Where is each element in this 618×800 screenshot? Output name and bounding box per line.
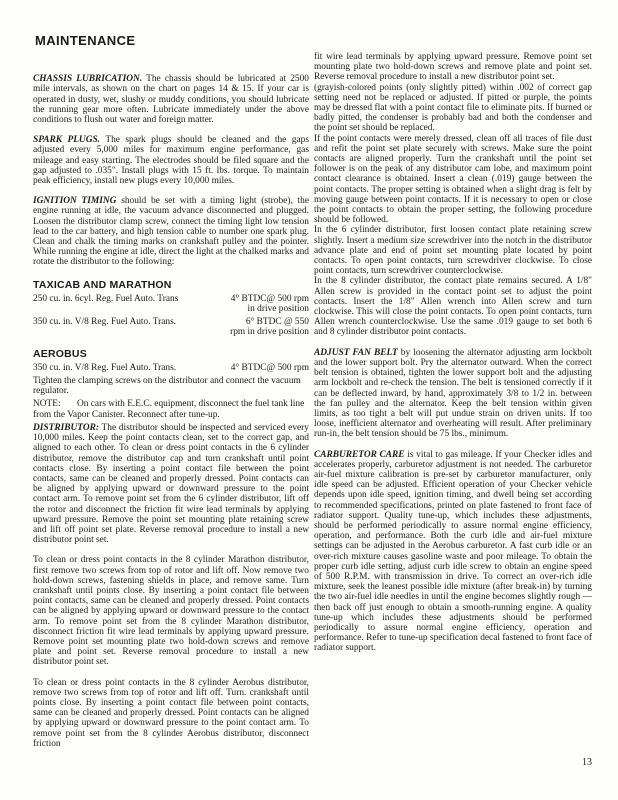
eight-cylinder-paragraph: In the 8 cylinder distributor, the conta… xyxy=(314,276,592,337)
chassis-lubrication-lead: CHASSIS LUBRICATION. xyxy=(33,74,142,84)
distributor-text: The distributor should be inspected and … xyxy=(33,423,309,545)
spec-value: 6° BTDC @ 550 rpm in drive position xyxy=(230,317,309,337)
adjust-fan-belt-text: by loosening the alternator adjusting ar… xyxy=(314,348,592,440)
aerobus-heading: AEROBUS xyxy=(33,349,309,359)
spec-label: 350 cu. in. V/8 Reg. Fuel Auto. Trans. xyxy=(33,363,176,373)
spec-row-350-aerobus: 350 cu. in. V/8 Reg. Fuel Auto. Trans. 4… xyxy=(33,363,309,373)
spark-plugs-paragraph: SPARK PLUGS. The spark plugs should be c… xyxy=(33,135,309,186)
page-title: MAINTENANCE xyxy=(35,36,309,46)
spec-value: 4° BTDC@ 500 rpm xyxy=(231,363,309,373)
note-lead: NOTE: xyxy=(33,399,61,409)
ignition-timing-lead: IGNITION TIMING xyxy=(33,196,116,206)
spec-label: 250 cu. in. 6cyl. Reg. Fuel Auto. Trans xyxy=(33,294,178,304)
dressed-contacts-paragraph: If the point contacts were merely dresse… xyxy=(314,134,592,226)
page-number: 13 xyxy=(582,757,592,768)
ignition-timing-text: should be set with a timing light (strob… xyxy=(33,196,309,267)
distributor-lead: DISTRIBUTOR: xyxy=(33,423,99,433)
marathon-8cyl-paragraph: To clean or dress point contacts in the … xyxy=(33,555,309,667)
chassis-lubrication-paragraph: CHASSIS LUBRICATION. The chassis should … xyxy=(33,74,309,125)
spec-value-line1: 4° BTDC@ 500 rpm xyxy=(231,294,309,304)
spark-plugs-lead: SPARK PLUGS. xyxy=(33,135,100,145)
right-column: fit wire lead terminals by applying upwa… xyxy=(314,52,592,654)
spec-row-250: 250 cu. in. 6cyl. Reg. Fuel Auto. Trans … xyxy=(33,294,309,314)
ignition-timing-paragraph: IGNITION TIMING should be set with a tim… xyxy=(33,196,309,267)
tighten-clamping-paragraph: Tighten the clamping screws on the distr… xyxy=(33,376,309,396)
spec-value-line2: rpm in drive position xyxy=(230,327,309,337)
note-paragraph: NOTE: On cars with E.E.C. equipment, dis… xyxy=(33,399,309,419)
adjust-fan-belt-paragraph: ADJUST FAN BELT by loosening the alterna… xyxy=(314,348,592,440)
distributor-paragraph: DISTRIBUTOR: The distributor should be i… xyxy=(33,423,309,545)
carburetor-care-text: is vital to gas mileage. If your Checker… xyxy=(314,450,592,654)
note-text: On cars with E.E.C. equipment, disconnec… xyxy=(33,399,304,419)
spec-value-line2: in drive position xyxy=(231,304,309,314)
carburetor-care-lead: CARBURETOR CARE xyxy=(314,450,405,460)
continuation-paragraph: fit wire lead terminals by applying upwa… xyxy=(314,52,592,83)
spec-value-line1: 4° BTDC@ 500 rpm xyxy=(231,363,309,373)
aerobus-8cyl-paragraph: To clean or dress point contacts in the … xyxy=(33,678,309,749)
spec-value-line1: 6° BTDC @ 550 xyxy=(230,317,309,327)
manual-page: MAINTENANCE CHASSIS LUBRICATION. The cha… xyxy=(0,0,618,800)
six-cylinder-paragraph: In the 6 cylinder distributor, first loo… xyxy=(314,225,592,276)
taxicab-marathon-heading: TAXICAB AND MARATHON xyxy=(33,280,309,290)
adjust-fan-belt-lead: ADJUST FAN BELT xyxy=(314,348,398,358)
spec-label: 350 cu. in. V/8 Reg. Fuel Auto. Trans. xyxy=(33,317,176,327)
left-column: MAINTENANCE CHASSIS LUBRICATION. The cha… xyxy=(33,36,309,749)
spec-value: 4° BTDC@ 500 rpm in drive position xyxy=(231,294,309,314)
carburetor-care-paragraph: CARBURETOR CARE is vital to gas mileage.… xyxy=(314,450,592,654)
spec-row-350-marathon: 350 cu. in. V/8 Reg. Fuel Auto. Trans. 6… xyxy=(33,317,309,337)
grayish-points-paragraph: (grayish-colored points (only slightly p… xyxy=(314,83,592,134)
